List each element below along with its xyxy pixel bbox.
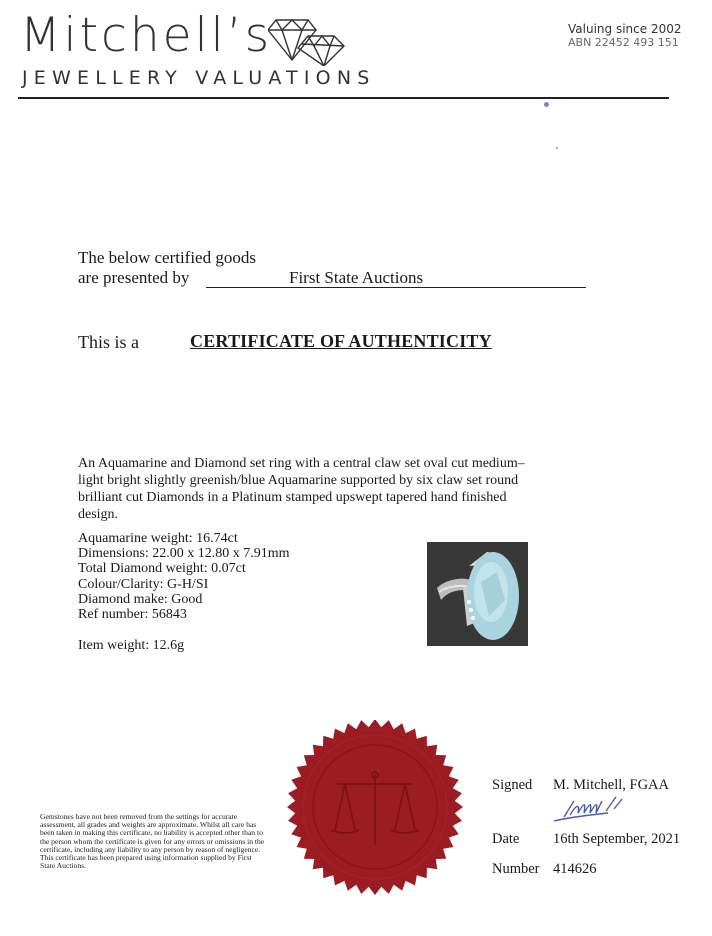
spec-diamond-weight: Total Diamond weight: 0.07ct (78, 561, 290, 576)
item-weight: Item weight: 12.6g (78, 638, 184, 654)
certificate-prefix: This is a (78, 332, 139, 353)
certificate-number: 414626 (553, 861, 597, 878)
spec-diamond-make: Diamond make: Good (78, 592, 290, 607)
number-label: Number (492, 861, 540, 878)
brand-name: Mitchell’s (20, 8, 272, 64)
abn-number: ABN 22452 493 151 (568, 36, 679, 50)
date-value: 16th September, 2021 (553, 831, 680, 848)
intro-line-1: The below certified goods (78, 248, 256, 268)
spec-colour-clarity: Colour/Clarity: G-H/SI (78, 577, 290, 592)
ring-photo (427, 542, 528, 646)
ink-dot (544, 102, 549, 107)
brand-subtitle: JEWELLERY VALUATIONS (22, 66, 376, 90)
item-specs: Aquamarine weight: 16.74ct Dimensions: 2… (78, 531, 290, 622)
diamonds-icon (268, 16, 350, 66)
header-divider (18, 97, 669, 99)
signature (550, 795, 640, 825)
spec-ref-number: Ref number: 56843 (78, 607, 290, 622)
spec-aquamarine-weight: Aquamarine weight: 16.74ct (78, 531, 290, 546)
signer-name: M. Mitchell, FGAA (553, 777, 669, 794)
speck (556, 147, 558, 149)
presenter-name: First State Auctions (289, 268, 423, 288)
spec-dimensions: Dimensions: 22.00 x 12.80 x 7.91mm (78, 546, 290, 561)
intro-line-2: are presented by (78, 268, 189, 288)
disclaimer-text: Gemstones have not been removed from the… (40, 813, 265, 870)
signed-label: Signed (492, 777, 532, 794)
item-description: An Aquamarine and Diamond set ring with … (78, 455, 548, 523)
date-label: Date (492, 831, 519, 848)
tagline: Valuing since 2002 (568, 22, 681, 36)
red-seal (275, 720, 475, 895)
certificate-title: CERTIFICATE OF AUTHENTICITY (190, 331, 492, 352)
